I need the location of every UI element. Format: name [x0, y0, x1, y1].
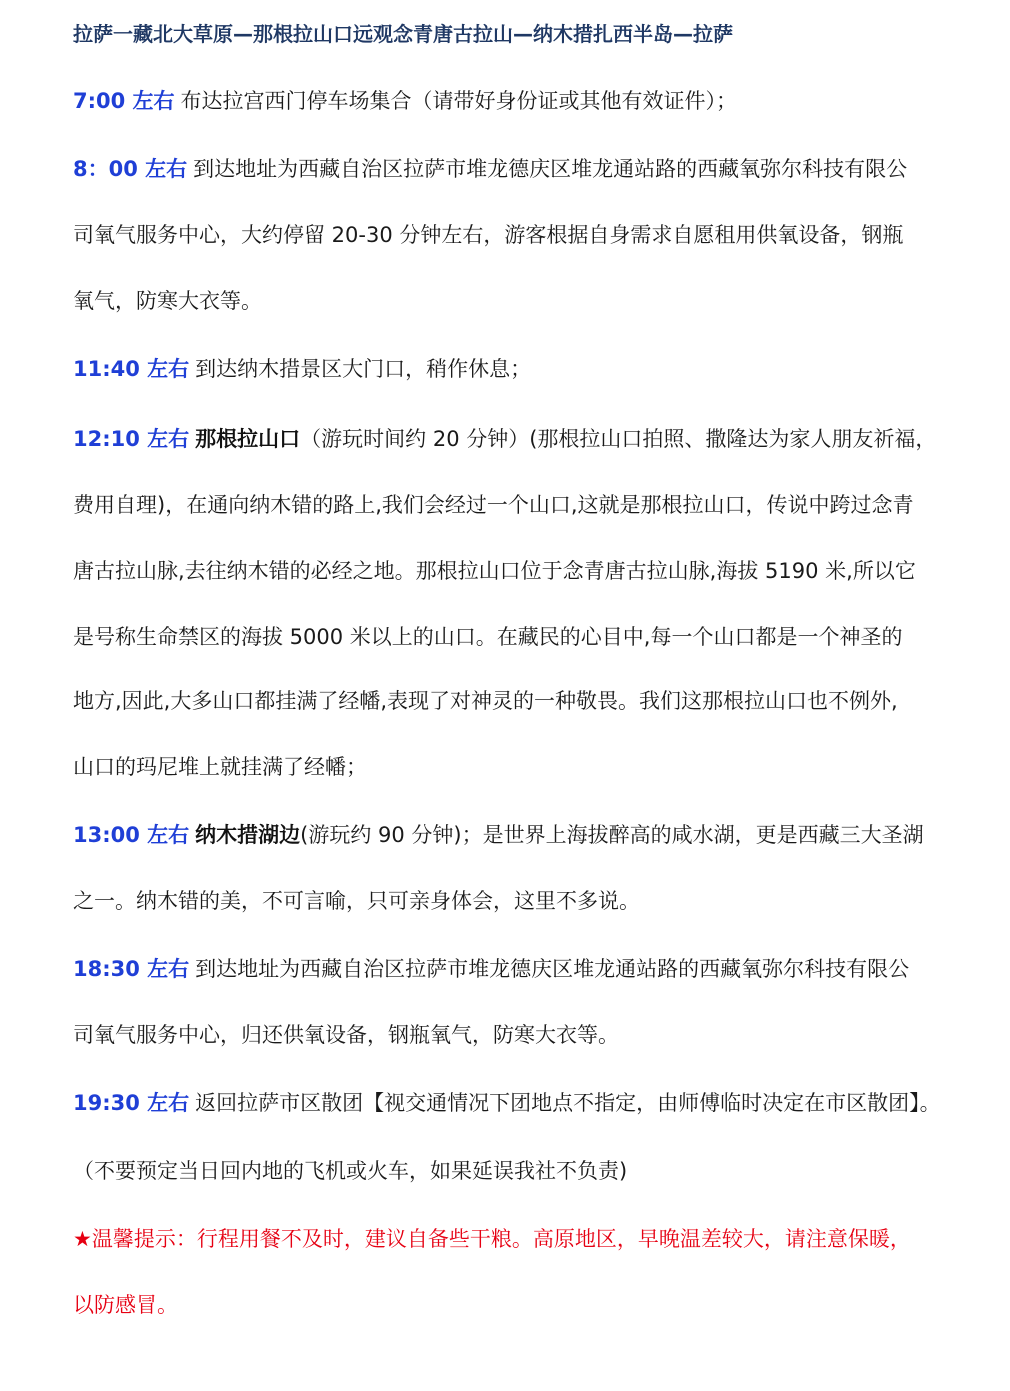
- itinerary-item-1210: 12:10 左右那根拉山口（游玩时间约 20 分钟）(那根拉山口拍照、撒隆达为家…: [73, 424, 953, 454]
- time-label: 19:30 左右: [73, 1091, 189, 1115]
- item-text: 到达地址为西藏自治区拉萨市堆龙德庆区堆龙通站路的西藏氧弥尔科技有限公: [193, 157, 907, 181]
- item-text-continued: 氧气，防寒大衣等。: [73, 286, 953, 316]
- item-text-continued: 费用自理)，在通向纳木错的路上,我们会经过一个山口,这就是那根拉山口，传说中跨过…: [73, 490, 953, 520]
- warning-tip: ★温馨提示：行程用餐不及时，建议自备些干粮。高原地区，早晚温差较大，请注意保暖，: [73, 1224, 953, 1254]
- destination-name: 那根拉山口: [195, 427, 300, 451]
- time-label: 11:40 左右: [73, 357, 189, 381]
- document-page: 拉萨一藏北大草原—那根拉山口远观念青唐古拉山—纳木措扎西半岛—拉萨 7:00 左…: [0, 0, 1010, 1391]
- item-text: 返回拉萨市区散团【视交通情况下团地点不指定，由师傅临时决定在市区散团】。: [195, 1091, 941, 1115]
- itinerary-item-0800: 8：00 左右到达地址为西藏自治区拉萨市堆龙德庆区堆龙通站路的西藏氧弥尔科技有限…: [73, 154, 953, 184]
- item-text: 到达纳木措景区大门口，稍作休息；: [195, 357, 531, 381]
- warning-tip-continued: 以防感冒。: [73, 1290, 953, 1320]
- itinerary-title: 拉萨一藏北大草原—那根拉山口远观念青唐古拉山—纳木措扎西半岛—拉萨: [73, 18, 733, 47]
- itinerary-item-1300: 13:00 左右纳木措湖边(游玩约 90 分钟)；是世界上海拔醉高的咸水湖，更是…: [73, 820, 953, 850]
- item-text-continued: 唐古拉山脉,去往纳木错的必经之地。那根拉山口位于念青唐古拉山脉,海拔 5190 …: [73, 556, 953, 586]
- item-text-continued: 山口的玛尼堆上就挂满了经幡；: [73, 752, 953, 782]
- time-label: 13:00 左右: [73, 823, 189, 847]
- item-text-continued: 地方,因此,大多山口都挂满了经幡,表现了对神灵的一种敬畏。我们这那根拉山口也不例…: [73, 686, 953, 716]
- time-label: 12:10 左右: [73, 427, 189, 451]
- item-text: （游玩时间约 20 分钟）(那根拉山口拍照、撒隆达为家人朋友祈福，: [300, 427, 936, 451]
- item-text-continued: 司氧气服务中心，大约停留 20-30 分钟左右，游客根据自身需求自愿租用供氧设备…: [73, 220, 953, 250]
- itinerary-item-1930: 19:30 左右返回拉萨市区散团【视交通情况下团地点不指定，由师傅临时决定在市区…: [73, 1088, 953, 1118]
- destination-name: 纳木措湖边: [195, 823, 300, 847]
- item-text: 到达地址为西藏自治区拉萨市堆龙德庆区堆龙通站路的西藏氧弥尔科技有限公: [195, 957, 909, 981]
- item-text-continued: （不要预定当日回内地的飞机或火车，如果延误我社不负责): [73, 1156, 953, 1186]
- item-text-continued: 司氧气服务中心，归还供氧设备，钢瓶氧气，防寒大衣等。: [73, 1020, 953, 1050]
- item-text-continued: 是号称生命禁区的海拔 5000 米以上的山口。在藏民的心目中,每一个山口都是一个…: [73, 622, 953, 652]
- itinerary-item-1830: 18:30 左右到达地址为西藏自治区拉萨市堆龙德庆区堆龙通站路的西藏氧弥尔科技有…: [73, 954, 953, 984]
- item-text-continued: 之一。纳木错的美，不可言喻，只可亲身体会，这里不多说。: [73, 886, 953, 916]
- time-label: 8：00 左右: [73, 157, 187, 181]
- time-label: 7:00 左右: [73, 89, 175, 113]
- itinerary-item-0700: 7:00 左右布达拉宫西门停车场集合（请带好身份证或其他有效证件）；: [73, 86, 953, 116]
- item-text: 布达拉宫西门停车场集合（请带好身份证或其他有效证件）；: [181, 89, 738, 113]
- item-text: (游玩约 90 分钟)；是世界上海拔醉高的咸水湖，更是西藏三大圣湖: [300, 823, 923, 847]
- time-label: 18:30 左右: [73, 957, 189, 981]
- itinerary-item-1140: 11:40 左右到达纳木措景区大门口，稍作休息；: [73, 354, 953, 384]
